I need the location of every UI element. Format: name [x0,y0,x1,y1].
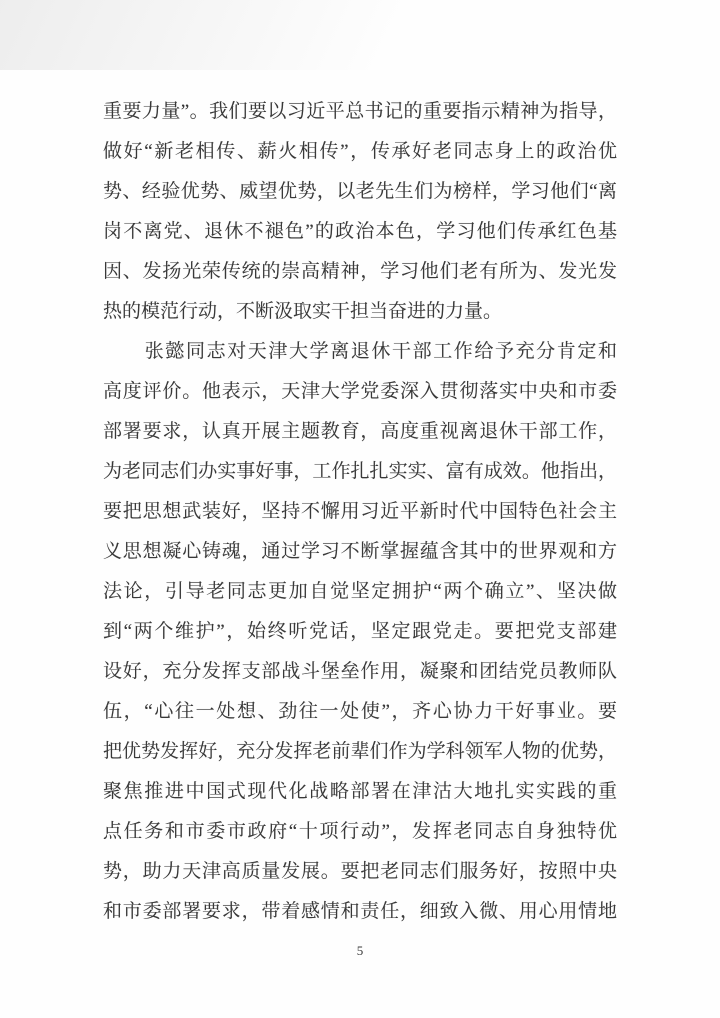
text-line: 高度评价。他表示，天津大学党委深入贯彻落实中央和市委 [103,372,617,412]
text-line: 部署要求，认真开展主题教育，高度重视离退休干部工作， [103,412,617,452]
text-line: 做好“新老相传、薪火相传”，传承好老同志身上的政治优 [103,132,617,172]
text-line: 势，助力天津高质量发展。要把老同志们服务好，按照中央 [103,852,617,892]
text-line: 热的模范行动，不断汲取实干担当奋进的力量。 [103,292,617,332]
text-line: 点任务和市委市政府“十项行动”，发挥老同志自身独特优 [103,812,617,852]
document-page: 重要力量”。我们要以习近平总书记的重要指示精神为指导， 做好“新老相传、薪火相传… [0,0,720,1018]
text-line: 重要力量”。我们要以习近平总书记的重要指示精神为指导， [103,92,617,132]
text-line: 聚焦推进中国式现代化战略部署在津沽大地扎实实践的重 [103,772,617,812]
scan-shading [0,0,720,70]
text-line: 和市委部署要求，带着感情和责任，细致入微、用心用情地 [103,892,617,932]
text-line: 义思想凝心铸魂，通过学习不断掌握蕴含其中的世界观和方 [103,532,617,572]
document-body: 重要力量”。我们要以习近平总书记的重要指示精神为指导， 做好“新老相传、薪火相传… [103,92,617,932]
text-line: 因、发扬光荣传统的崇高精神，学习他们老有所为、发光发 [103,252,617,292]
text-line: 伍，“心往一处想、劲往一处使”，齐心协力干好事业。要 [103,692,617,732]
text-line: 设好，充分发挥支部战斗堡垒作用，凝聚和团结党员教师队 [103,652,617,692]
text-line: 张懿同志对天津大学离退休干部工作给予充分肯定和 [103,332,617,372]
text-line: 法论，引导老同志更加自觉坚定拥护“两个确立”、坚决做 [103,572,617,612]
text-line: 为老同志们办实事好事，工作扎扎实实、富有成效。他指出， [103,452,617,492]
text-line: 势、经验优势、威望优势，以老先生们为榜样，学习他们“离 [103,172,617,212]
page-number: 5 [0,941,720,961]
text-line: 到“两个维护”，始终听党话，坚定跟党走。要把党支部建 [103,612,617,652]
text-line: 岗不离党、退休不褪色”的政治本色，学习他们传承红色基 [103,212,617,252]
text-line: 要把思想武装好，坚持不懈用习近平新时代中国特色社会主 [103,492,617,532]
text-line: 把优势发挥好，充分发挥老前辈们作为学科领军人物的优势， [103,732,617,772]
